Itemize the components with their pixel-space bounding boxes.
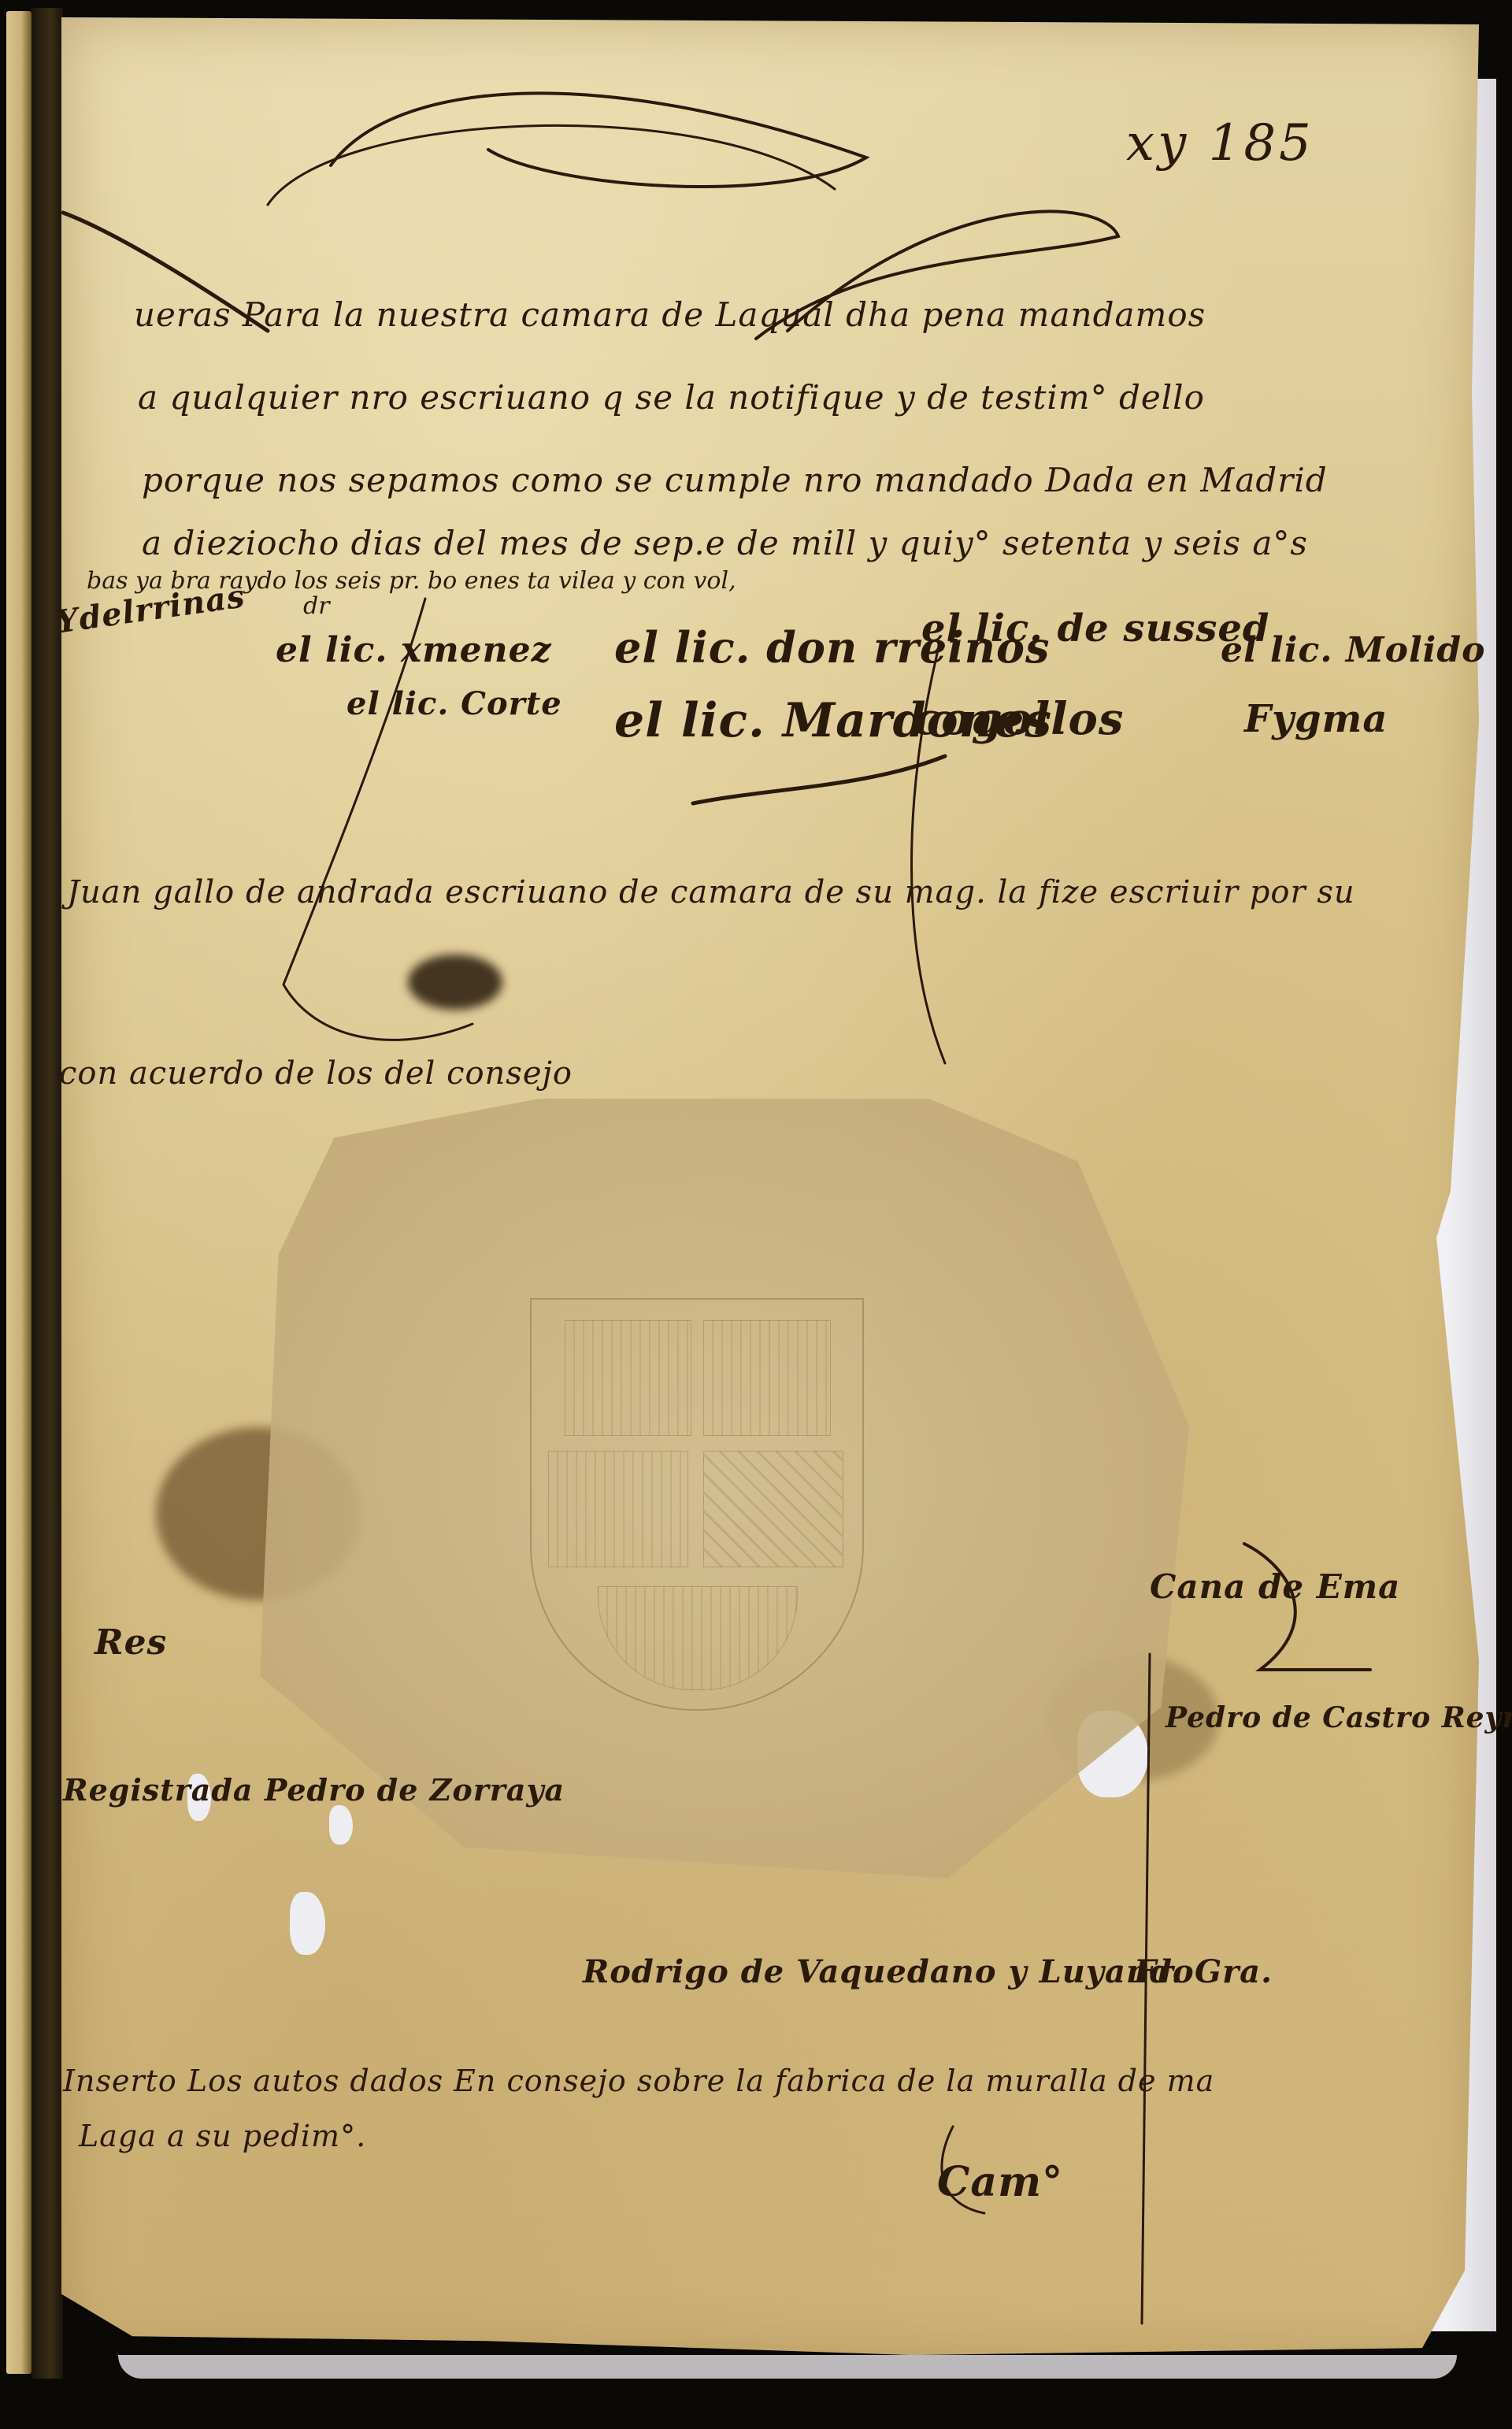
lower-signature: Fr. Gra. xyxy=(1134,1953,1273,1990)
signature: el lic. de sussed xyxy=(921,606,1269,651)
signature: Fygma xyxy=(1244,697,1388,741)
signature: el lic. xmenez xyxy=(276,630,552,670)
folio-prefix: xy xyxy=(1126,114,1189,172)
rubric: Cam° xyxy=(937,2158,1063,2206)
bottom-note-line: Inserto Los autos dados En consejo sobre… xyxy=(63,2064,1214,2098)
coat-of-arms xyxy=(530,1298,864,1711)
text-line: a qualquier nro escriuano q se la notifi… xyxy=(138,378,1205,417)
worm-hole xyxy=(290,1892,325,1955)
folio-number: xy 185 xyxy=(1126,114,1314,172)
lower-signature: Res xyxy=(94,1622,167,1663)
lower-signature: Cana de Ema xyxy=(1150,1567,1400,1606)
signature: el lic. Molido xyxy=(1221,630,1485,670)
signature-annotation: dr xyxy=(303,592,330,620)
paper-seal xyxy=(260,1099,1189,1878)
ink-blot xyxy=(408,955,502,1010)
lower-signature: Registrada Pedro de Zorraya xyxy=(63,1772,565,1808)
page-bottom-edge xyxy=(118,2355,1457,2379)
lower-signature: Rodrigo de Vaquedano y Luyando xyxy=(583,1953,1195,1990)
previous-leaf-edge xyxy=(6,11,31,2374)
agreement-line: con acuerdo de los del consejo xyxy=(59,1055,573,1092)
text-line: porque nos sepamos como se cumple nro ma… xyxy=(142,461,1328,499)
text-line: a dieziocho dias del mes de sep.e de mil… xyxy=(142,524,1308,562)
text-line: ueras Para la nuestra camara de Laqual d… xyxy=(134,295,1206,334)
folio-value: 185 xyxy=(1209,114,1314,172)
secretary-line: Juan gallo de andrada escriuano de camar… xyxy=(67,874,1355,910)
worm-hole xyxy=(329,1805,353,1845)
binding-gutter xyxy=(31,8,63,2379)
signature: cogollos xyxy=(913,693,1124,745)
lower-signature: Pedro de Castro Reynoso xyxy=(1165,1701,1512,1734)
signature: el lic. Corte xyxy=(346,685,562,722)
bottom-note-line: Laga a su pedim°. xyxy=(79,2119,366,2153)
